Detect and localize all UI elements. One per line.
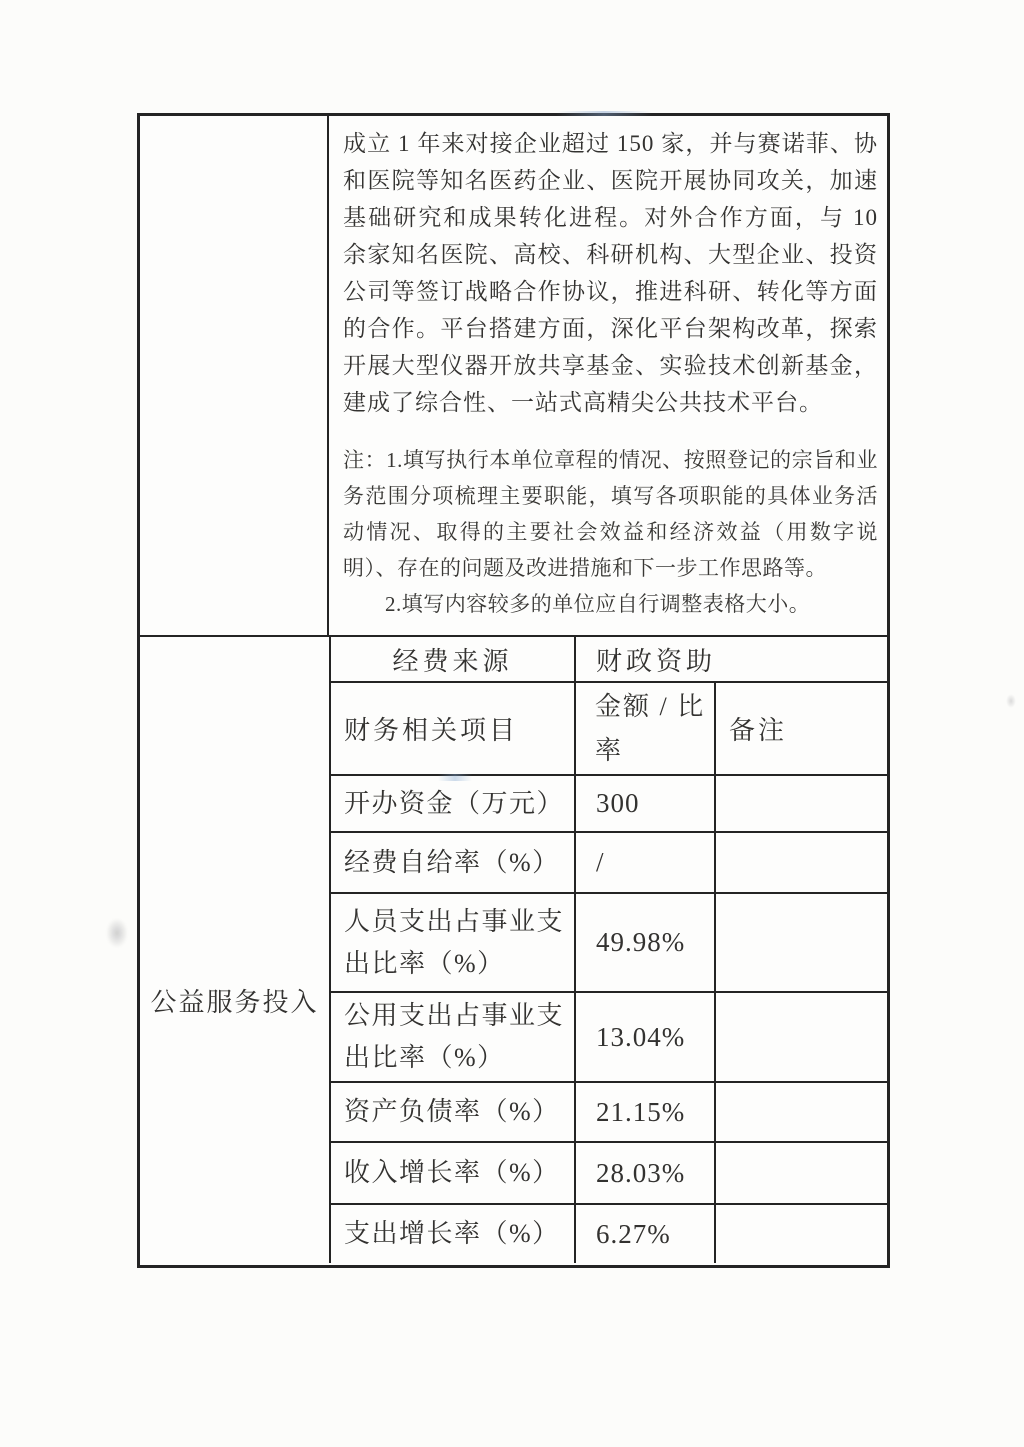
table-row-label: 支出增长率（%） — [329, 1203, 574, 1263]
finance-table: 公益服务投入 经费来源 财政资助 财务相关项目 金额 / 比率 备注 开办资金（… — [140, 637, 887, 1263]
table-row-value: / — [574, 831, 714, 892]
document-table: 成立 1 年来对接企业超过 150 家，并与赛诺菲、协和医院等知名医药企业、医院… — [137, 113, 890, 1268]
table-row-label: 收入增长率（%） — [329, 1141, 574, 1203]
table-row-remark — [714, 1141, 887, 1203]
table-row-value: 300 — [574, 774, 714, 831]
top-section: 成立 1 年来对接企业超过 150 家，并与赛诺菲、协和医院等知名医药企业、医院… — [140, 116, 887, 637]
table-row-label: 开办资金（万元） — [329, 774, 574, 831]
scan-artifact — [106, 918, 128, 948]
content-cell: 成立 1 年来对接企业超过 150 家，并与赛诺菲、协和医院等知名医药企业、医院… — [329, 116, 887, 635]
table-row-remark — [714, 774, 887, 831]
note-line-1: 注：1.填写执行本单位章程的情况、按照登记的宗旨和业务范围分项梳理主要职能，填写… — [343, 442, 878, 586]
table-row-label: 经费自给率（%） — [329, 831, 574, 892]
finance-section-label-cell: 公益服务投入 — [140, 637, 329, 1263]
table-row-value: 13.04% — [574, 991, 714, 1081]
table-row-label: 人员支出占事业支出比率（%） — [329, 892, 574, 991]
empty-label-cell — [140, 116, 329, 635]
note-line-2: 2.填写内容较多的单位应自行调整表格大小。 — [343, 586, 878, 622]
notes-block: 注：1.填写执行本单位章程的情况、按照登记的宗旨和业务范围分项梳理主要职能，填写… — [343, 442, 878, 622]
scan-artifact — [1006, 694, 1016, 708]
table-row-remark — [714, 892, 887, 991]
business-summary-paragraph: 成立 1 年来对接企业超过 150 家，并与赛诺菲、协和医院等知名医药企业、医院… — [343, 125, 878, 421]
scanned-page: 成立 1 年来对接企业超过 150 家，并与赛诺菲、协和医院等知名医药企业、医院… — [0, 0, 1024, 1447]
funding-source-value-cell: 财政资助 — [574, 637, 887, 681]
table-row-value: 49.98% — [574, 892, 714, 991]
table-row-value: 6.27% — [574, 1203, 714, 1263]
table-row-remark — [714, 831, 887, 892]
table-row-label: 资产负债率（%） — [329, 1081, 574, 1141]
table-row-label: 公用支出占事业支出比率（%） — [329, 991, 574, 1081]
table-row-value: 28.03% — [574, 1141, 714, 1203]
amount-ratio-header-cell: 金额 / 比率 — [574, 681, 714, 774]
items-header-cell: 财务相关项目 — [329, 681, 574, 774]
table-row-remark — [714, 991, 887, 1081]
funding-source-header-cell: 经费来源 — [329, 637, 574, 681]
table-row-value: 21.15% — [574, 1081, 714, 1141]
table-row-remark — [714, 1081, 887, 1141]
finance-section-label: 公益服务投入 — [150, 982, 318, 1019]
table-row-remark — [714, 1203, 887, 1263]
remark-header-cell: 备注 — [714, 681, 887, 774]
